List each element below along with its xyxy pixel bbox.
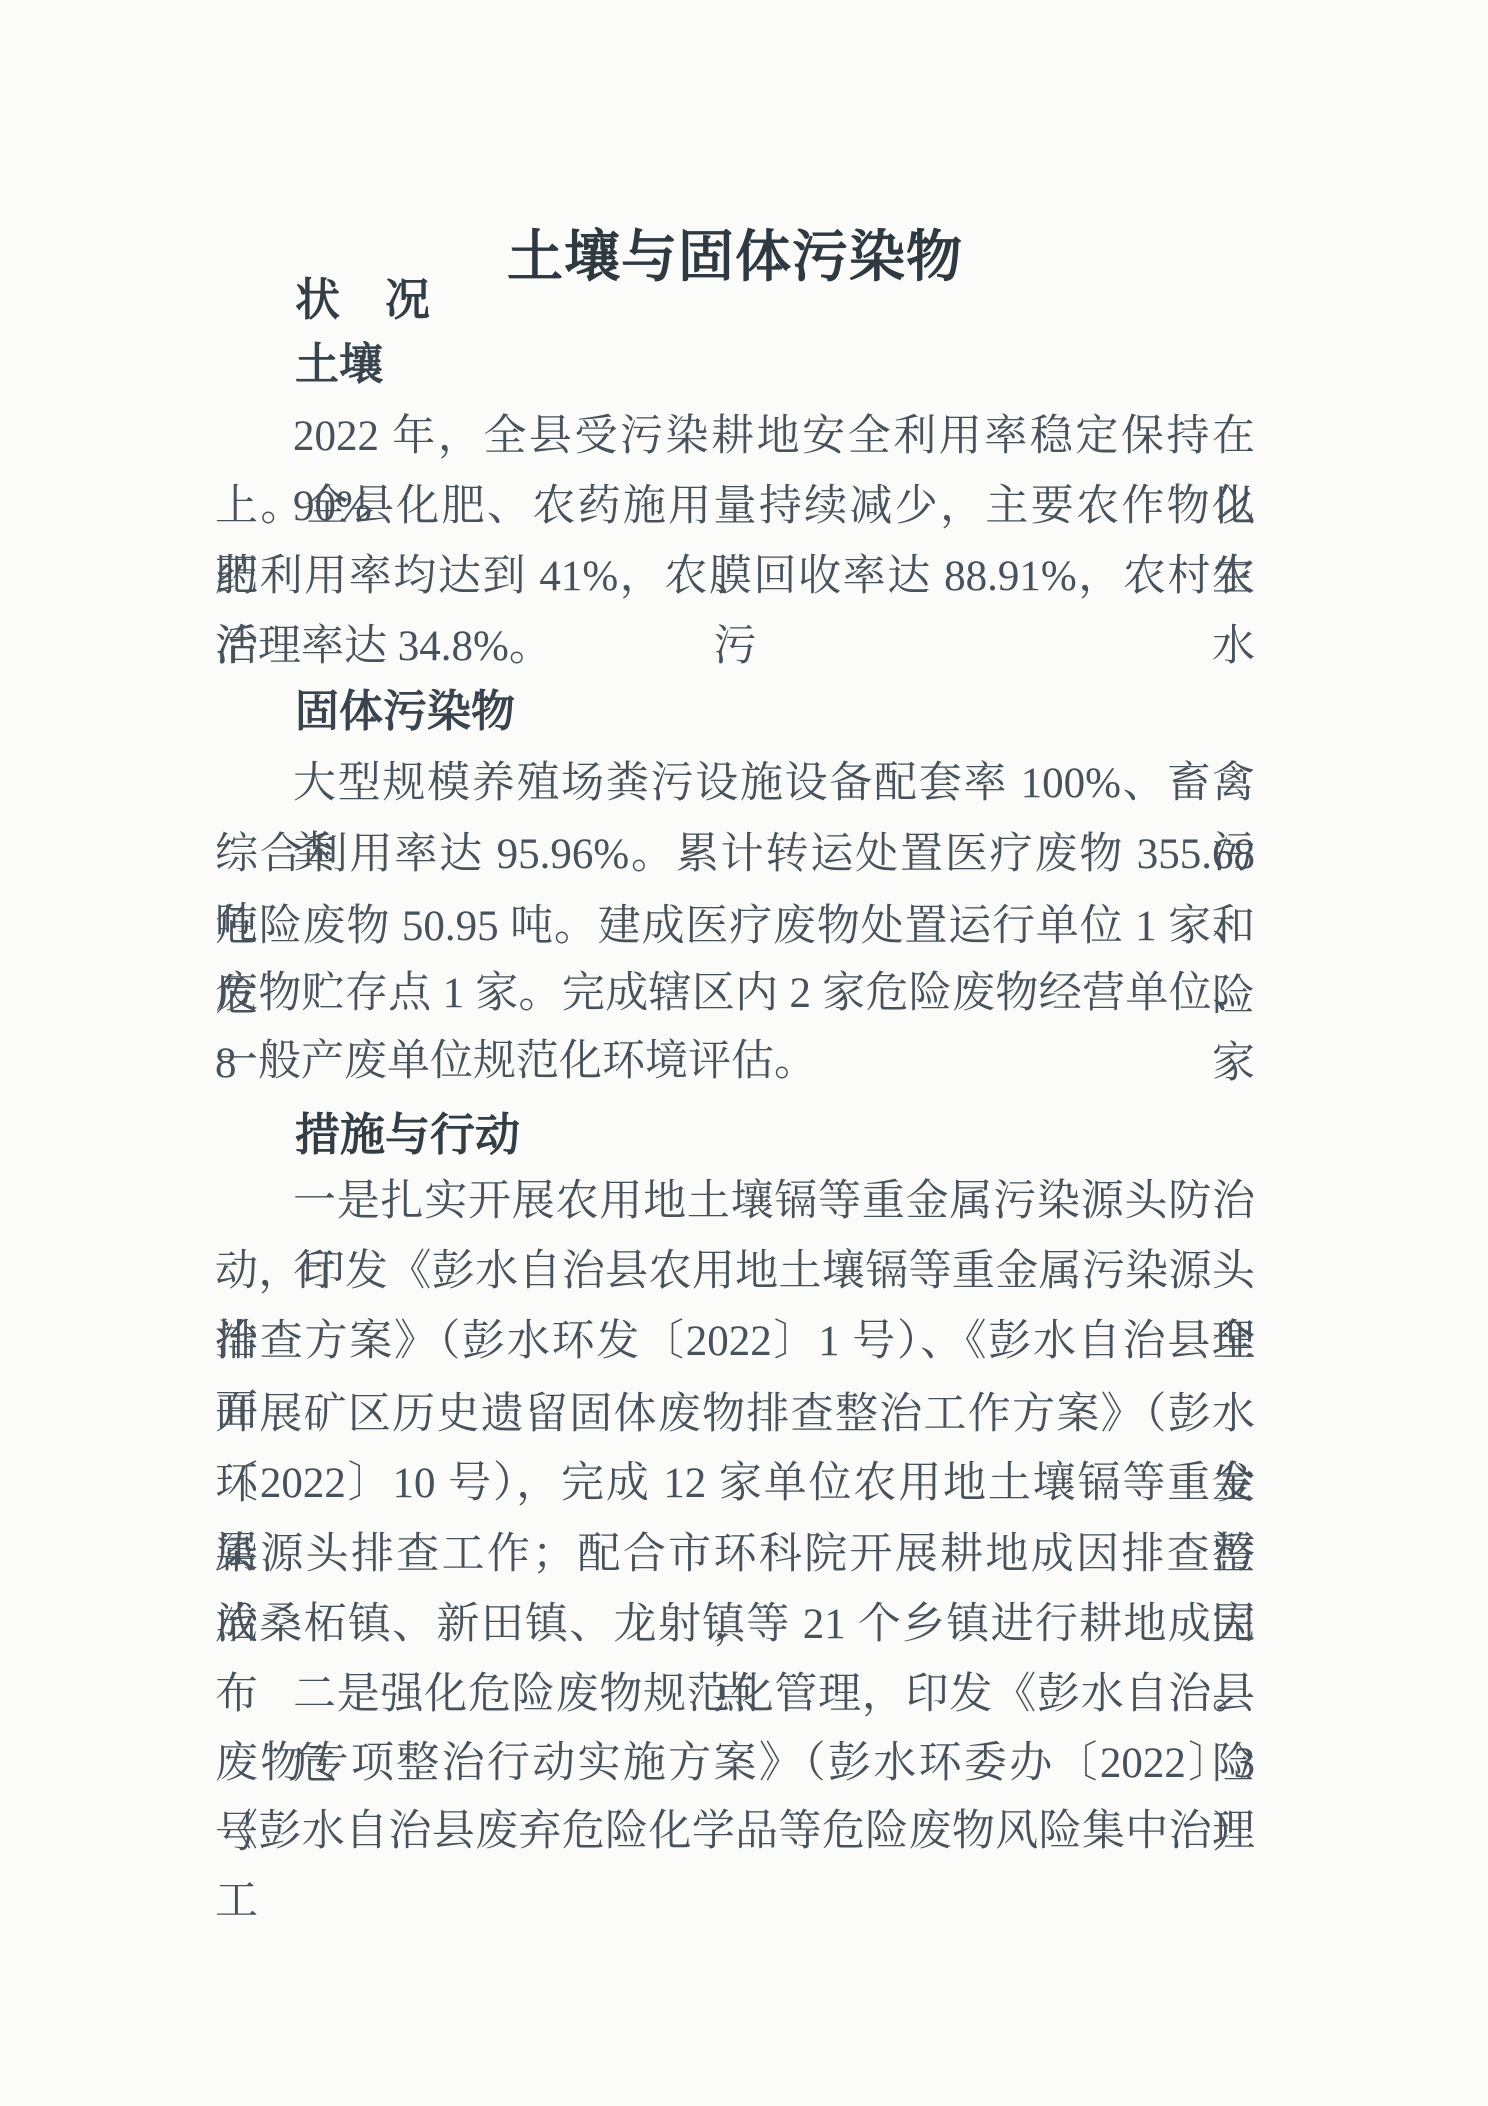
paragraph-line: 治理率达 34.8%。 — [215, 612, 1255, 682]
paragraph-line: 二是强化危险废物规范化管理，印发《彭水自治县危险 — [215, 1660, 1255, 1730]
section-heading-status: 状 况 — [215, 265, 1255, 335]
paragraph-line: 开展矿区历史遗留固体废物排查整治工作方案》（彭水环发 — [215, 1380, 1255, 1450]
paragraph-line: 2022 年，全县受污染耕地安全利用率稳定保持在 90%以 — [215, 402, 1255, 472]
paragraph-line: 排查方案》（彭水环发〔2022〕1 号）、《彭水自治县全面 — [215, 1307, 1255, 1377]
paragraph-line: 废物贮存点 1 家。完成辖区内 2 家危险废物经营单位、8 家 — [215, 959, 1255, 1029]
paragraph-line: 《彭水自治县废弃危险化学品等危险废物风险集中治理工 — [215, 1797, 1255, 1867]
paragraph-line: 综合利用率达 95.96%。累计转运处置医疗废物 355.68 吨、 — [215, 820, 1255, 890]
text-column: 土壤与固体污染物 状 况 土壤 2022 年，全县受污染耕地安全利用率稳定保持在… — [215, 0, 1255, 2106]
paragraph-line: 一般产废单位规范化环境评估。 — [215, 1027, 1255, 1097]
paragraph-line: 动，印发《彭水自治县农用地土壤镉等重金属污染源头治理 — [215, 1237, 1255, 1307]
paragraph-line: 染源头排查工作；配合市环科院开展耕地成因排查整治，完 — [215, 1520, 1255, 1590]
paragraph-line: 〔2022〕10 号），完成 12 家单位农用地土壤镉等重金属污 — [215, 1449, 1255, 1519]
paragraph-line: 一是扎实开展农用地土壤镉等重金属污染源头防治行 — [215, 1167, 1255, 1237]
paragraph-line: 上。全县化肥、农药施用量持续减少，主要农作物化肥、农 — [215, 472, 1255, 542]
paragraph-line: 药利用率均达到 41%，农膜回收率达 88.91%，农村生活污水 — [215, 542, 1255, 612]
paragraph-line: 废物专项整治行动实施方案》（彭水环委办〔2022〕3 号） — [215, 1729, 1255, 1799]
sub-heading-soil: 土壤 — [215, 330, 1255, 400]
section-heading-measures: 措施与行动 — [215, 1100, 1255, 1170]
paragraph-line: 成桑柘镇、新田镇、龙射镇等 21 个乡镇进行耕地成因布点。 — [215, 1590, 1255, 1660]
scanned-document-page: 土壤与固体污染物 状 况 土壤 2022 年，全县受污染耕地安全利用率稳定保持在… — [0, 0, 1488, 2106]
sub-heading-solid-pollutants: 固体污染物 — [215, 677, 1255, 747]
paragraph-line: 危险废物 50.95 吨。建成医疗废物处置运行单位 1 家和危险 — [215, 892, 1255, 962]
paragraph-line: 大型规模养殖场粪污设施设备配套率 100%、畜禽粪污 — [215, 749, 1255, 819]
